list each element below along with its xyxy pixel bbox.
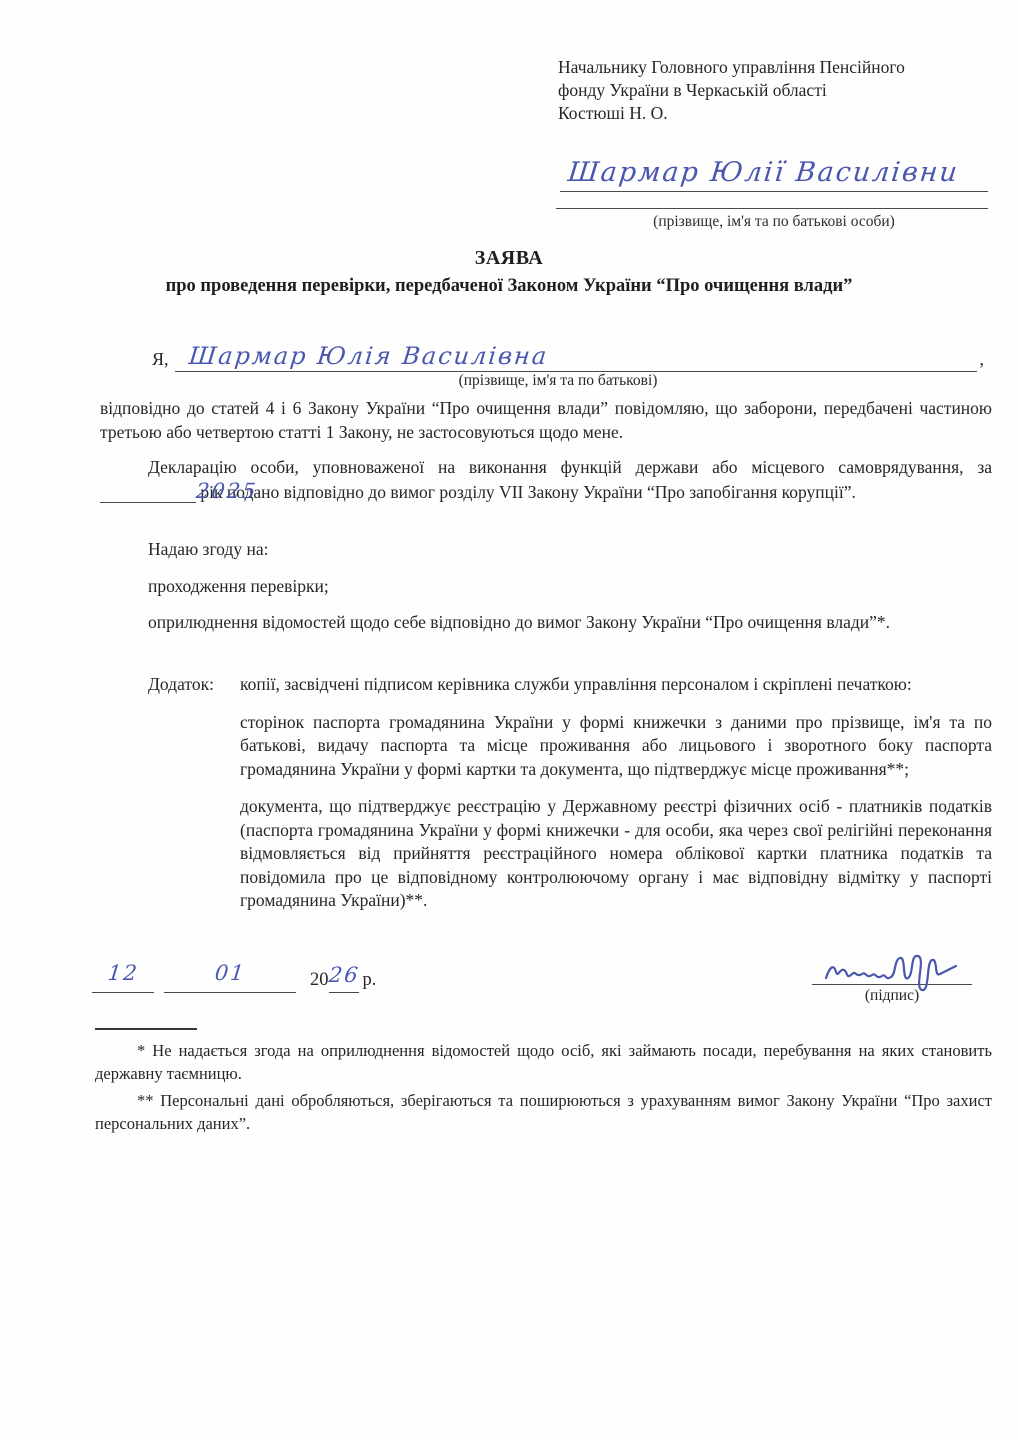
paragraph-declaration: Декларацію особи, уповноваженої на викон… (100, 456, 992, 504)
addressee-name-handwriting: Шармар Юлії Василівни (566, 157, 960, 188)
date-month-field: 01 (164, 958, 296, 993)
attachment-label: Додаток: (148, 673, 240, 927)
date-year-prefix: 20 (310, 970, 329, 993)
consent-item-publication: оприлюднення відомостей щодо себе відпов… (100, 611, 992, 635)
attachment-content: копії, засвідчені підписом керівника слу… (240, 673, 992, 927)
addressee-line-3: Костюші Н. О. (558, 102, 998, 125)
addressee-name-second-rule (556, 192, 988, 209)
document-title: ЗАЯВА (0, 247, 1018, 270)
document-subtitle: про проведення перевірки, передбаченої З… (10, 276, 1008, 297)
declarant-suffix: , (980, 349, 985, 372)
attachment-item-passport-pages: сторінок паспорта громадянина України у … (240, 711, 992, 782)
scanned-application-form: Начальнику Головного управління Пенсійно… (0, 0, 1018, 1440)
footnote-separator (95, 1028, 197, 1030)
declarant-caption: (прізвище, ім'я та по батькові) (152, 372, 964, 390)
consent-heading: Надаю згоду на: (100, 538, 992, 562)
footnote-personal-data: ** Персональні дані обробляються, зберіг… (95, 1090, 992, 1135)
addressee-name-line: Шармар Юлії Василівни (560, 138, 988, 192)
declarant-line: Я, Шармар Юлія Василівна , (152, 332, 984, 372)
declaration-year-handwriting: 2025 (147, 480, 259, 504)
declarant-name-handwriting: Шармар Юлія Василівна (187, 342, 549, 370)
declarant-name-line: Шармар Юлія Василівна (175, 332, 977, 372)
addressee-block: Начальнику Головного управління Пенсійно… (558, 56, 998, 125)
addressee-line-1: Начальнику Головного управління Пенсійно… (558, 56, 998, 79)
date-day-handwriting: 12 (106, 958, 140, 988)
consent-item-check: проходження перевірки; (100, 575, 992, 599)
date-year-field: 26 (329, 962, 359, 993)
attachment-intro: копії, засвідчені підписом керівника слу… (240, 673, 992, 697)
date-month-handwriting: 01 (213, 958, 247, 988)
declaration-year-field: 2025 (100, 480, 196, 503)
signature-caption: (підпис) (812, 985, 972, 1005)
declaration-text-before: Декларацію особи, уповноваженої на викон… (148, 457, 992, 477)
date-row: 12 01 20 26 р. (92, 958, 376, 993)
addressee-name-caption: (прізвище, ім'я та по батькові особи) (560, 209, 988, 231)
date-year-handwriting: 26 (327, 962, 360, 988)
paragraph-lustration-statement: відповідно до статей 4 і 6 Закону Україн… (100, 397, 992, 444)
attachment-block: Додаток: копії, засвідчені підписом кері… (148, 673, 992, 927)
declaration-text-after: рік подано відповідно до вимог розділу V… (200, 482, 856, 502)
attachment-item-tax-registration: документа, що підтверджує реєстрацію у Д… (240, 795, 992, 913)
date-suffix: р. (363, 970, 377, 993)
footnote-secrecy: * Не надається згода на оприлюднення від… (95, 1040, 992, 1085)
declarant-prefix: Я, (152, 349, 169, 372)
addressee-line-2: фонду України в Черкаській області (558, 79, 998, 102)
date-day-field: 12 (92, 958, 154, 993)
signature-block: (підпис) (812, 948, 972, 1005)
addressee-name-field: Шармар Юлії Василівни (прізвище, ім'я та… (560, 138, 988, 231)
